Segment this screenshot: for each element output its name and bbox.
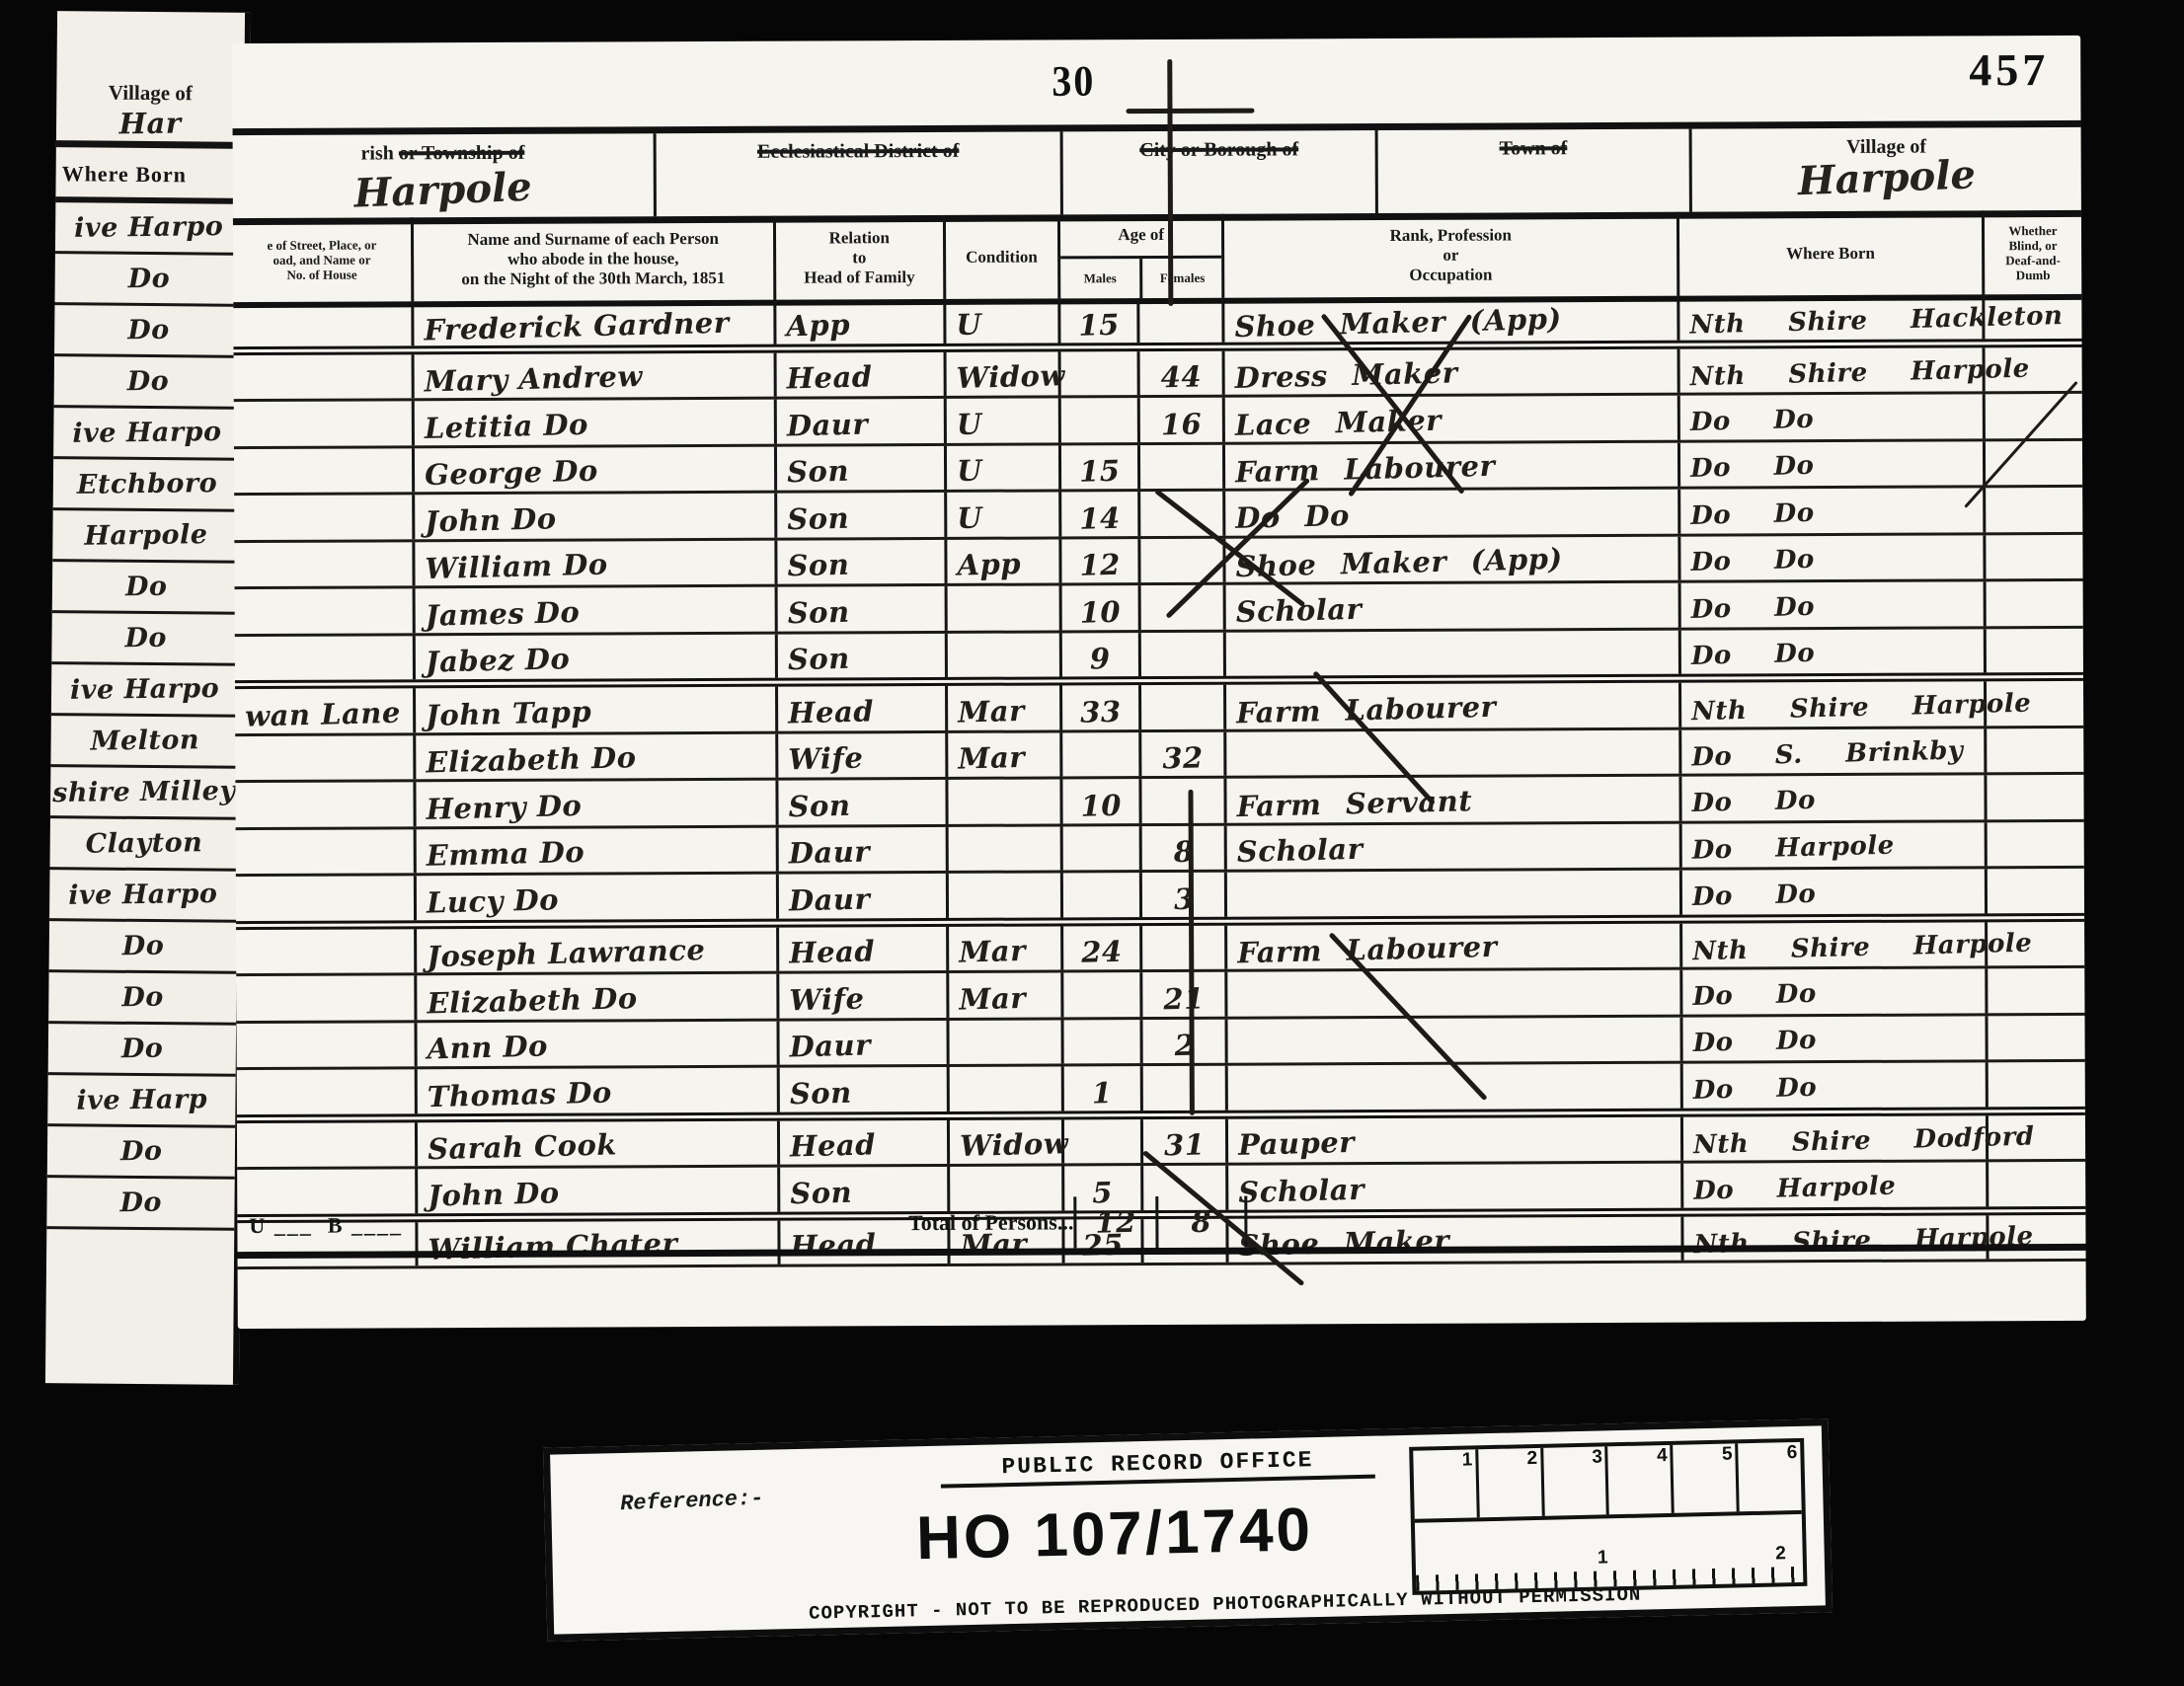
age-female-cell xyxy=(1139,779,1224,823)
name-cell: Ann Do xyxy=(414,1021,776,1066)
name-cell: John Do xyxy=(412,494,774,539)
occupation-cell: Scholar xyxy=(1224,823,1679,870)
pro-stamp-box: Reference:- PUBLIC RECORD OFFICE HO 107/… xyxy=(543,1418,1833,1641)
col-name: Name and Surname of each Personwho abode… xyxy=(411,216,773,302)
condition-cell xyxy=(946,1020,1060,1064)
name-cell: Thomas Do xyxy=(414,1068,776,1113)
table-row: wan Lane John Tapp Head Mar 33 Farm Labo… xyxy=(235,681,2083,736)
col-age-males: Males xyxy=(1060,259,1139,298)
name-cell: John Tapp xyxy=(413,687,775,732)
table-row: Joseph Lawrance Head Mar 24 Farm Laboure… xyxy=(236,921,2084,976)
occupation-cell: Shoe Maker (App) xyxy=(1223,536,1678,582)
pen-stroke xyxy=(1167,59,1173,306)
table-row: Jabez Do Son 9 Do Do xyxy=(235,628,2083,689)
street-cell xyxy=(236,1023,414,1067)
name-cell: James Do xyxy=(412,587,774,633)
strip-village-label: Village of xyxy=(56,80,244,107)
where-born-cell: Do Do xyxy=(1678,775,1984,820)
condition-cell: Mar xyxy=(946,926,1060,970)
name-cell: Letitia Do xyxy=(411,400,773,445)
street-cell xyxy=(234,401,412,445)
blind-cell xyxy=(1984,821,2083,866)
relation-cell: Son xyxy=(774,633,944,677)
condition-cell xyxy=(945,633,1059,677)
table-row: Emma Do Daur 8 Scholar Do Harpole xyxy=(236,821,2084,877)
relation-cell: Daur xyxy=(773,399,943,443)
ruler: 123456 1 2 xyxy=(1409,1438,1807,1595)
column-header-band: e of Street, Place, oroad, and Name orNo… xyxy=(233,210,2081,308)
relation-cell: Son xyxy=(774,539,944,583)
age-male-cell: 10 xyxy=(1058,585,1138,630)
ruler-cm-segment: 5 xyxy=(1670,1443,1736,1512)
street-cell xyxy=(237,1122,415,1167)
age-female-cell: 16 xyxy=(1137,398,1222,442)
condition-cell: App xyxy=(944,539,1058,583)
relation-cell: Daur xyxy=(775,874,945,918)
table-row: William Do Son App 12 Shoe Maker (App) D… xyxy=(234,534,2082,589)
where-born-cell: Do Do xyxy=(1679,869,1985,914)
relation-cell: Son xyxy=(776,1067,946,1111)
strip-row: ive Harpo xyxy=(49,870,237,923)
condition-cell xyxy=(945,826,1059,871)
age-male-cell xyxy=(1057,351,1137,396)
relation-cell: Wife xyxy=(776,973,946,1018)
blind-cell xyxy=(1984,728,2083,772)
relation-cell: Wife xyxy=(775,732,945,777)
street-cell xyxy=(236,829,414,874)
age-female-cell xyxy=(1140,1066,1225,1111)
where-born-cell: Do Harpole xyxy=(1679,822,1985,868)
totals-rest xyxy=(1244,1192,2086,1248)
age-male-cell xyxy=(1060,972,1140,1017)
strip-row: ive Harp xyxy=(47,1075,235,1128)
age-male-cell: 1 xyxy=(1061,1066,1141,1111)
occupation-cell: Dress Maker xyxy=(1222,348,1677,395)
strip-row: Do xyxy=(47,1126,235,1180)
street-cell xyxy=(233,301,411,345)
ruler-cm-segment: 6 xyxy=(1735,1442,1801,1511)
condition-cell: U xyxy=(944,445,1058,490)
relation-cell: Son xyxy=(774,445,944,490)
ruler-cm-segment: 1 xyxy=(1413,1449,1476,1518)
blind-cell xyxy=(1986,1062,2085,1107)
name-cell: Elizabeth Do xyxy=(413,733,775,779)
blind-cell xyxy=(1983,488,2082,532)
occupation-cell: Pauper xyxy=(1225,1116,1680,1163)
age-female-cell: 32 xyxy=(1139,731,1224,776)
parish-value: Harpole xyxy=(232,159,654,222)
condition-cell: Widow xyxy=(947,1119,1061,1164)
where-born-cell: Do Do xyxy=(1680,1062,1986,1108)
where-born-cell: Nth Shire Harpole xyxy=(1679,922,1985,967)
col-street: e of Street, Place, oroad, and Name orNo… xyxy=(233,217,411,302)
strip-rows: ive HarpoDoDoDoive HarpoEtchboroHarpoleD… xyxy=(46,202,243,1231)
ruler-cm-segment: 4 xyxy=(1605,1445,1672,1514)
totals-ub-marks: U ___ B ____ xyxy=(237,1199,507,1252)
age-male-cell: 33 xyxy=(1059,685,1139,729)
where-born-cell: Do Do xyxy=(1679,968,1985,1014)
ruler-inch-1: 1 xyxy=(1598,1547,1608,1569)
age-female-cell xyxy=(1138,585,1223,630)
street-cell xyxy=(234,542,412,586)
folio-number: 457 xyxy=(1969,43,2049,96)
reference-label: Reference:- xyxy=(620,1486,764,1516)
age-male-cell: 15 xyxy=(1058,445,1138,490)
condition-cell: Mar xyxy=(945,732,1059,777)
occupation-cell xyxy=(1224,871,1679,917)
pen-stroke xyxy=(1126,109,1254,115)
table-row: Frederick Gardner App U 15 Shoe Maker (A… xyxy=(233,294,2081,355)
street-cell xyxy=(234,448,412,493)
strip-row: Do xyxy=(52,562,240,615)
previous-page-strip: Village of Har Where Born ive HarpoDoDoD… xyxy=(45,11,251,1385)
strip-row: Melton xyxy=(50,716,238,769)
pro-office-label: PUBLIC RECORD OFFICE xyxy=(940,1446,1375,1489)
age-male-cell: 24 xyxy=(1060,926,1140,970)
relation-cell: Daur xyxy=(775,826,945,871)
table-row: Lucy Do Daur 3 Do Do xyxy=(236,869,2084,930)
where-born-cell: Nth Shire Harpole xyxy=(1678,681,1984,727)
table-row: Mary Andrew Head Widow 44 Dress Maker Nt… xyxy=(234,346,2082,402)
condition-cell: U xyxy=(944,398,1058,442)
strip-row: ive Harpo xyxy=(51,664,239,718)
totals-row: U ___ B ____ Total of Persons... 12 8 xyxy=(237,1192,2085,1259)
where-born-cell: Nth Shire Hackleton xyxy=(1677,294,1982,340)
relation-cell: Son xyxy=(774,493,944,537)
age-male-cell xyxy=(1058,398,1138,442)
relation-cell: Son xyxy=(774,586,944,631)
where-born-cell: Do Do xyxy=(1679,1016,1985,1061)
occupation-cell xyxy=(1225,970,1680,1017)
strip-row: shire Milley xyxy=(50,767,238,820)
name-cell: Emma Do xyxy=(413,827,775,873)
age-female-cell: 2 xyxy=(1140,1019,1225,1063)
condition-cell: Widow xyxy=(943,351,1057,396)
table-row: Henry Do Son 10 Farm Servant Do Do xyxy=(235,775,2083,830)
ruler-inch-scale: 1 2 xyxy=(1415,1514,1803,1591)
col-age-label: Age of xyxy=(1060,214,1222,260)
table-row: Elizabeth Do Wife Mar 32 Do S. Brinkby xyxy=(235,728,2083,783)
strip-row: ive Harpo xyxy=(53,408,241,461)
condition-cell: Mar xyxy=(945,685,1059,729)
condition-cell: U xyxy=(943,298,1057,343)
col-condition: Condition xyxy=(943,214,1057,299)
relation-cell: Head xyxy=(773,351,943,396)
condition-cell: U xyxy=(944,492,1058,536)
strip-row: Do xyxy=(54,254,242,307)
age-female-cell: 21 xyxy=(1140,972,1225,1017)
page-number-stamp: 30 xyxy=(1052,55,1095,107)
where-born-cell: Nth Shire Harpole xyxy=(1677,347,1983,393)
where-born-cell: Do S. Brinkby xyxy=(1678,728,1984,774)
blind-cell xyxy=(1984,628,2083,672)
table-row: Thomas Do Son 1 Do Do xyxy=(237,1062,2085,1123)
where-born-cell: Do Do xyxy=(1677,394,1983,439)
blind-cell xyxy=(1983,581,2082,626)
census-rows: Frederick Gardner App U 15 Shoe Maker (A… xyxy=(233,294,2085,1269)
col-where-born: Where Born xyxy=(1677,210,1982,295)
condition-cell xyxy=(947,1066,1061,1111)
street-cell: wan Lane xyxy=(235,688,413,732)
where-born-cell: Do Do xyxy=(1677,488,1983,533)
age-female-cell: 44 xyxy=(1137,350,1222,395)
age-male-cell: 14 xyxy=(1058,492,1138,536)
street-cell xyxy=(235,782,413,826)
relation-cell: Daur xyxy=(776,1020,946,1064)
table-row: Letitia Do Daur U 16 Lace Maker Do Do xyxy=(234,394,2082,449)
name-cell: Elizabeth Do xyxy=(414,974,776,1020)
city-borough-label: City or Borough of xyxy=(1063,138,1374,162)
age-male-cell xyxy=(1060,1020,1140,1064)
strip-row: Harpole xyxy=(52,510,240,564)
occupation-cell xyxy=(1223,630,1678,676)
blind-cell xyxy=(1983,534,2082,578)
relation-cell: App xyxy=(773,299,943,344)
age-female-cell: 3 xyxy=(1139,873,1224,917)
occupation-cell xyxy=(1225,1064,1680,1111)
ruler-cm-segment: 2 xyxy=(1475,1448,1541,1517)
name-cell: Lucy Do xyxy=(414,875,776,920)
street-cell xyxy=(234,354,412,399)
ruler-cm-segment: 3 xyxy=(1540,1446,1606,1515)
age-female-cell xyxy=(1137,444,1222,489)
occupation-cell: Scholar xyxy=(1223,583,1678,630)
where-born-cell: Do Do xyxy=(1677,441,1983,487)
strip-row: Do xyxy=(54,356,242,410)
strip-row: Do xyxy=(49,921,237,974)
blind-cell xyxy=(1985,968,2084,1013)
where-born-cell: Nth Shire Dodford xyxy=(1680,1115,1986,1161)
strip-village-script: Har xyxy=(56,105,244,142)
condition-cell xyxy=(944,585,1058,630)
village-cell: Village of Harpole xyxy=(1688,127,2080,212)
ruler-inch-2: 2 xyxy=(1775,1543,1786,1565)
blind-cell xyxy=(1983,440,2082,485)
name-cell: Mary Andrew xyxy=(411,352,773,398)
street-cell xyxy=(234,495,412,539)
place-header-band: rish or Township of Harpole Ecclesiastic… xyxy=(233,120,2081,225)
census-sheet: 30 457 rish or Township of Harpole Eccle… xyxy=(232,36,2086,1329)
name-cell: Henry Do xyxy=(413,781,775,826)
col-age: Age of Males Females xyxy=(1057,214,1222,299)
occupation-cell: Farm Labourer xyxy=(1223,683,1678,729)
strip-row: Do xyxy=(48,1024,236,1077)
ecclesiastical-cell: Ecclesiastical District of xyxy=(653,131,1060,216)
blind-cell xyxy=(1985,1015,2084,1059)
age-male-cell xyxy=(1059,732,1139,777)
age-male-cell xyxy=(1061,1119,1141,1164)
street-cell xyxy=(235,588,413,633)
street-cell xyxy=(235,735,413,780)
condition-cell xyxy=(945,779,1059,823)
name-cell: William Do xyxy=(412,540,774,585)
occupation-cell: Lace Maker xyxy=(1222,396,1677,442)
street-cell xyxy=(236,975,414,1020)
relation-cell: Head xyxy=(777,1119,947,1164)
occupation-cell: Farm Labourer xyxy=(1225,923,1680,969)
blind-cell xyxy=(1984,775,2083,819)
occupation-cell xyxy=(1224,729,1679,776)
col-blind: WhetherBlind, orDeaf-and-Dumb xyxy=(1982,210,2082,294)
strip-row: Clayton xyxy=(49,818,237,872)
strip-row: Do xyxy=(48,972,236,1026)
col-age-females: Females xyxy=(1139,259,1221,298)
street-cell xyxy=(236,876,414,920)
name-cell: Sarah Cook xyxy=(415,1120,777,1166)
street-cell xyxy=(235,636,413,680)
table-row: Sarah Cook Head Widow 31 Pauper Nth Shir… xyxy=(237,1114,2085,1170)
relation-cell: Son xyxy=(775,780,945,824)
strip-where-born-label: Where Born xyxy=(55,147,243,204)
town-cell: Town of xyxy=(1374,129,1689,213)
relation-cell: Head xyxy=(775,686,945,730)
age-male-cell xyxy=(1060,826,1140,871)
condition-cell: Mar xyxy=(946,972,1060,1017)
ecclesiastical-label: Ecclesiastical District of xyxy=(656,139,1060,164)
table-row: Ann Do Daur 2 Do Do xyxy=(236,1015,2084,1070)
where-born-cell: Do Do xyxy=(1678,629,1984,674)
totals-males: 12 xyxy=(1073,1196,1156,1248)
strip-row: Do xyxy=(54,305,242,358)
age-female-cell xyxy=(1137,298,1222,343)
condition-cell xyxy=(946,873,1060,917)
totals-label: Total of Persons... xyxy=(507,1196,1073,1250)
age-male-cell: 10 xyxy=(1059,779,1139,823)
col-occupation: Rank, ProfessionorOccupation xyxy=(1221,212,1677,298)
previous-page-header: Village of Har xyxy=(56,11,245,149)
name-cell: Joseph Lawrance xyxy=(414,927,776,972)
table-row: Elizabeth Do Wife Mar 21 Do Do xyxy=(236,968,2084,1024)
relation-cell: Head xyxy=(776,926,946,970)
name-cell: Jabez Do xyxy=(412,634,774,679)
age-male-cell: 12 xyxy=(1058,539,1138,583)
age-male-cell: 15 xyxy=(1057,298,1137,343)
table-row: James Do Son 10 Scholar Do Do xyxy=(235,581,2083,637)
strip-row: ive Harpo xyxy=(55,202,243,256)
where-born-cell: Do Do xyxy=(1677,535,1983,580)
strip-row: Do xyxy=(51,613,239,666)
strip-row: Etchboro xyxy=(53,459,241,512)
age-male-cell xyxy=(1060,873,1140,917)
age-female-cell xyxy=(1138,685,1223,729)
name-cell: George Do xyxy=(412,446,774,492)
name-cell: Frederick Gardner xyxy=(411,300,773,345)
city-borough-cell: City or Borough of xyxy=(1060,130,1375,214)
age-female-cell xyxy=(1138,632,1223,676)
ruler-cm-scale: 123456 xyxy=(1413,1442,1802,1523)
col-relation: RelationtoHead of Family xyxy=(773,215,944,300)
occupation-cell: Shoe Maker (App) xyxy=(1222,296,1677,343)
table-row: George Do Son U 15 Farm Labourer Do Do xyxy=(234,440,2082,496)
blind-cell xyxy=(1985,869,2084,913)
where-born-cell: Do Do xyxy=(1678,581,1984,627)
age-female-cell: 8 xyxy=(1139,825,1224,870)
occupation-cell xyxy=(1225,1017,1680,1063)
street-cell xyxy=(237,1069,415,1113)
reference-number: HO 107/1740 xyxy=(837,1493,1391,1575)
age-female-cell xyxy=(1139,925,1224,969)
occupation-cell: Farm Servant xyxy=(1224,777,1679,823)
strip-row: Do xyxy=(46,1178,234,1231)
parish-cell: rish or Township of Harpole xyxy=(233,133,654,218)
town-label: Town of xyxy=(1377,137,1688,161)
age-male-cell: 9 xyxy=(1059,633,1139,677)
street-cell xyxy=(236,929,414,973)
